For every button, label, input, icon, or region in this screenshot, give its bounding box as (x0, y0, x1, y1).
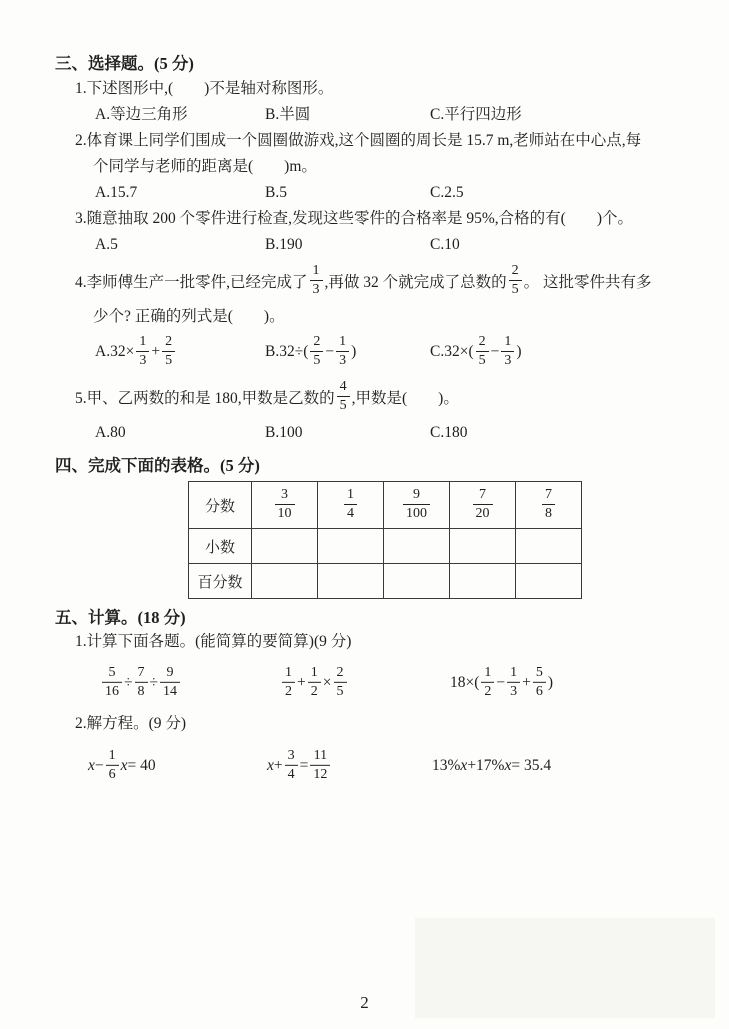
empty-answer-cell (252, 529, 318, 564)
row-label: 小数 (189, 529, 252, 564)
section4-heading: 四、完成下面的表格。(5 分) (55, 454, 729, 478)
question-text: 5.甲、乙两数的和是 180,甲数是乙数的 (75, 386, 335, 408)
operator: + (274, 757, 283, 775)
option-text: ) (351, 343, 356, 361)
expression-2: 12 + 12 × 25 (280, 666, 349, 700)
equation-row: x − 16 x = 40 x + 34 = 1112 13% x +17% x… (0, 736, 729, 796)
operator: ÷ (150, 674, 159, 692)
table-cell: 78 (516, 482, 582, 529)
empty-answer-cell (252, 564, 318, 599)
fraction: 12 (282, 665, 295, 699)
fraction-denominator: 20 (473, 505, 493, 522)
empty-answer-cell (516, 529, 582, 564)
question-text: ,甲数是( )。 (352, 386, 459, 408)
fraction: 13 (136, 334, 149, 368)
option-c: C.10 (430, 232, 729, 258)
operator: + (522, 674, 531, 692)
fraction-numerator: 1 (344, 487, 357, 505)
table-cell: 310 (252, 482, 318, 529)
question-4-text-line2: 少个? 正确的列式是( )。 (93, 304, 729, 330)
option-c: C.2.5 (430, 180, 729, 206)
fraction-numerator: 1 (501, 334, 514, 352)
subsection-2-title: 2.解方程。(9 分) (75, 712, 729, 736)
question-2-text-line1: 2.体育课上同学们围成一个圆圈做游戏,这个圆圈的周长是 15.7 m,老师站在中… (75, 128, 729, 154)
question-4-options: A.32× 13 + 25 B.32÷( 25 − 13 ) C.32×( 25… (95, 330, 729, 374)
section3-heading: 三、选择题。(5 分) (55, 52, 729, 76)
section5-heading: 五、计算。(18 分) (55, 606, 729, 630)
page-number: 2 (0, 993, 729, 1013)
fraction: 1112 (310, 748, 330, 782)
equation-3: 13% x +17% x = 35.4 (432, 757, 551, 775)
operator: × (323, 674, 332, 692)
fraction-denominator: 6 (533, 683, 546, 700)
fraction-numerator: 5 (102, 665, 122, 683)
equation-rhs: = 40 (128, 757, 156, 775)
fraction-denominator: 5 (310, 352, 323, 369)
fraction-numerator: 1 (310, 263, 323, 281)
option-b: B.100 (265, 420, 430, 446)
subsection-1-title: 1.计算下面各题。(能简算的要简算)(9 分) (75, 630, 729, 654)
question-5-options: A.80 B.100 C.180 (95, 420, 729, 446)
fraction-denominator: 3 (336, 352, 349, 369)
fraction-numerator: 7 (473, 487, 493, 505)
equation-text: +17% (467, 757, 504, 775)
fraction-denominator: 14 (160, 683, 180, 700)
fraction-denominator: 2 (308, 683, 321, 700)
operator: + (297, 674, 306, 692)
table-row-fraction: 分数 310 14 9100 720 78 (189, 482, 582, 529)
fraction: 13 (501, 334, 514, 368)
operator: − (491, 343, 500, 361)
option-c: C.180 (430, 420, 729, 446)
fraction-numerator: 3 (285, 748, 298, 766)
fraction: 13 (336, 334, 349, 368)
empty-answer-cell (450, 564, 516, 599)
fraction-numerator: 3 (275, 487, 295, 505)
option-b: B.190 (265, 232, 430, 258)
fraction-denominator: 5 (337, 397, 350, 414)
fraction-denominator: 10 (275, 505, 295, 522)
fraction: 310 (275, 487, 295, 521)
question-text: 4.李师傅生产一批零件,已经完成了 (75, 270, 308, 292)
fraction-numerator: 11 (310, 748, 330, 766)
fraction-numerator: 1 (136, 334, 149, 352)
fraction-numerator: 9 (403, 487, 430, 505)
fraction-numerator: 1 (481, 665, 494, 683)
question-2-text-line2: 个同学与老师的距离是( )m。 (93, 154, 729, 180)
variable-x: x (460, 757, 467, 775)
fraction-numerator: 1 (308, 665, 321, 683)
fraction-denominator: 2 (282, 683, 295, 700)
fraction: 78 (135, 665, 148, 699)
calculation-row: 516 ÷ 78 ÷ 914 12 + 12 × 25 18×( 12 − 13… (0, 654, 729, 712)
conversion-table: 分数 310 14 9100 720 78 小数 百分数 (188, 481, 582, 599)
table-cell: 9100 (384, 482, 450, 529)
option-text: C.32×( (430, 343, 474, 361)
empty-answer-cell (318, 529, 384, 564)
option-a: A.32× 13 + 25 (95, 335, 265, 369)
question-1-options: A.等边三角形 B.半圆 C.平行四边形 (95, 102, 729, 128)
option-b: B.32÷( 25 − 13 ) (265, 335, 430, 369)
row-label: 百分数 (189, 564, 252, 599)
equation-text: = 35.4 (511, 757, 551, 775)
expression-3: 18×( 12 − 13 + 56 ) (450, 666, 553, 700)
fraction-numerator: 1 (282, 665, 295, 683)
expression-text: 18×( (450, 674, 479, 692)
question-5-text: 5.甲、乙两数的和是 180,甲数是乙数的 45 ,甲数是( )。 (75, 374, 729, 420)
fraction: 78 (542, 487, 555, 521)
fraction-denominator: 5 (334, 683, 347, 700)
empty-answer-cell (450, 529, 516, 564)
operator: − (95, 757, 104, 775)
fraction-denominator: 12 (310, 766, 330, 783)
fraction-denominator: 5 (509, 281, 522, 298)
option-c: C.平行四边形 (430, 102, 729, 128)
fraction-denominator: 5 (162, 352, 175, 369)
equation-1: x − 16 x = 40 (88, 749, 156, 783)
question-3-options: A.5 B.190 C.10 (95, 232, 729, 258)
fraction-numerator: 1 (336, 334, 349, 352)
question-text: ,再做 32 个就完成了总数的 (325, 270, 507, 292)
option-text: A.32× (95, 343, 134, 361)
empty-answer-cell (384, 529, 450, 564)
equation-text: 13% (432, 757, 460, 775)
fraction-numerator: 2 (509, 263, 522, 281)
exam-paper-page: 三、选择题。(5 分) 1.下述图形中,( )不是轴对称图形。 A.等边三角形 … (0, 0, 729, 1029)
fraction: 16 (106, 748, 119, 782)
expression-1: 516 ÷ 78 ÷ 914 (100, 666, 182, 700)
fraction-denominator: 3 (136, 352, 149, 369)
option-b: B.半圆 (265, 102, 430, 128)
option-c: C.32×( 25 − 13 ) (430, 335, 729, 369)
fraction-denominator: 8 (542, 505, 555, 522)
conversion-table-wrapper: 分数 310 14 9100 720 78 小数 百分数 (188, 481, 729, 599)
fraction-numerator: 2 (476, 334, 489, 352)
fraction: 25 (509, 263, 522, 297)
equation-2: x + 34 = 1112 (267, 749, 332, 783)
fraction: 34 (285, 748, 298, 782)
empty-answer-cell (516, 564, 582, 599)
fraction-numerator: 4 (337, 379, 350, 397)
expression-text: ) (548, 674, 553, 692)
option-text: B.32÷( (265, 343, 308, 361)
fraction: 914 (160, 665, 180, 699)
fraction-numerator: 1 (507, 665, 520, 683)
option-a: A.15.7 (95, 180, 265, 206)
variable-x: x (88, 757, 95, 775)
question-4-text-line1: 4.李师傅生产一批零件,已经完成了 13 ,再做 32 个就完成了总数的 25 … (75, 258, 729, 304)
fraction: 12 (308, 665, 321, 699)
question-2-options: A.15.7 B.5 C.2.5 (95, 180, 729, 206)
fraction-denominator: 4 (285, 766, 298, 783)
empty-answer-cell (318, 564, 384, 599)
fraction-numerator: 2 (334, 665, 347, 683)
variable-x: x (504, 757, 511, 775)
table-cell: 14 (318, 482, 384, 529)
fraction: 14 (344, 487, 357, 521)
fraction-denominator: 3 (310, 281, 323, 298)
fraction: 56 (533, 665, 546, 699)
fraction-denominator: 5 (476, 352, 489, 369)
table-row-percent: 百分数 (189, 564, 582, 599)
fraction: 25 (310, 334, 323, 368)
option-text: ) (516, 343, 521, 361)
table-row-decimal: 小数 (189, 529, 582, 564)
fraction: 516 (102, 665, 122, 699)
fraction-numerator: 9 (160, 665, 180, 683)
empty-answer-cell (384, 564, 450, 599)
option-b: B.5 (265, 180, 430, 206)
fraction: 25 (476, 334, 489, 368)
fraction-denominator: 16 (102, 683, 122, 700)
fraction: 9100 (403, 487, 430, 521)
fraction-numerator: 5 (533, 665, 546, 683)
fraction-denominator: 8 (135, 683, 148, 700)
fraction: 45 (337, 379, 350, 413)
fraction: 25 (162, 334, 175, 368)
question-1-text: 1.下述图形中,( )不是轴对称图形。 (75, 76, 729, 102)
variable-x: x (267, 757, 274, 775)
fraction-numerator: 2 (162, 334, 175, 352)
operator: + (151, 343, 160, 361)
fraction: 13 (507, 665, 520, 699)
fraction-numerator: 7 (542, 487, 555, 505)
fraction-denominator: 2 (481, 683, 494, 700)
fraction: 720 (473, 487, 493, 521)
fraction-numerator: 2 (310, 334, 323, 352)
fraction: 13 (310, 263, 323, 297)
option-a: A.等边三角形 (95, 102, 265, 128)
fraction-denominator: 6 (106, 766, 119, 783)
option-a: A.5 (95, 232, 265, 258)
fraction: 12 (481, 665, 494, 699)
question-text: 。 这批零件共有多 (524, 270, 652, 292)
variable-x: x (121, 757, 128, 775)
fraction-denominator: 4 (344, 505, 357, 522)
equals-sign: = (300, 757, 309, 775)
option-a: A.80 (95, 420, 265, 446)
fraction-numerator: 1 (106, 748, 119, 766)
fraction-denominator: 100 (403, 505, 430, 522)
table-cell: 720 (450, 482, 516, 529)
operator: − (325, 343, 334, 361)
fraction: 25 (334, 665, 347, 699)
operator: − (496, 674, 505, 692)
fraction-denominator: 3 (501, 352, 514, 369)
question-3-text: 3.随意抽取 200 个零件进行检查,发现这些零件的合格率是 95%,合格的有(… (75, 206, 729, 232)
fraction-denominator: 3 (507, 683, 520, 700)
row-label: 分数 (189, 482, 252, 529)
operator: ÷ (124, 674, 133, 692)
fraction-numerator: 7 (135, 665, 148, 683)
